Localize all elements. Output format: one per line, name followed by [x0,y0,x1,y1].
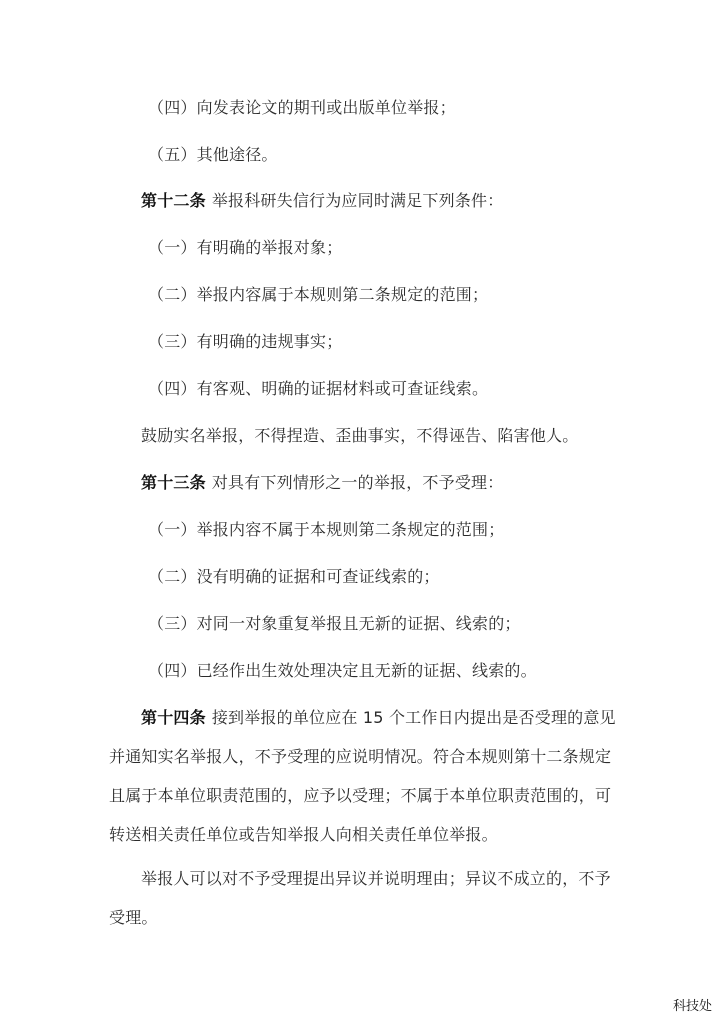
list-item: （四）已经作出生效处理决定且无新的证据、线索的。 [148,661,537,681]
article-14-heading: 第十四条接到举报的单位应在 15 个工作日内提出是否受理的意见 [141,708,616,728]
list-item: （三）有明确的违规事实； [148,332,342,352]
list-item: （三）对同一对象重复举报且无新的证据、线索的； [148,614,521,634]
list-item: （二）举报内容属于本规则第二条规定的范围； [148,285,488,305]
article-text: 接到举报的单位应在 15 个工作日内提出是否受理的意见 [212,708,616,727]
article-number: 第十三条 [141,473,206,492]
list-item: （四）向发表论文的期刊或出版单位举报； [148,98,456,118]
paragraph-line: 举报人可以对不予受理提出异议并说明理由；异议不成立的，不予 [141,869,611,889]
article-number: 第十二条 [141,191,206,210]
article-text: 对具有下列情形之一的举报，不予受理： [212,473,504,492]
footer-label: 科技处 [673,995,712,1014]
article-12-note: 鼓励实名举报，不得捏造、歪曲事实，不得诬告、陷害他人。 [141,426,578,446]
list-item: （五）其他途径。 [148,145,278,165]
list-item: （一）举报内容不属于本规则第二条规定的范围； [148,520,504,540]
list-item: （四）有客观、明确的证据材料或可查证线索。 [148,379,488,399]
list-item: （一）有明确的举报对象； [148,238,342,258]
paragraph-line: 并通知实名举报人，不予受理的应说明情况。符合本规则第十二条规定 [109,747,611,767]
article-number: 第十四条 [141,708,206,727]
paragraph-line: 转送相关责任单位或告知举报人向相关责任单位举报。 [109,825,498,845]
article-13-heading: 第十三条对具有下列情形之一的举报，不予受理： [141,473,503,493]
article-12-heading: 第十二条举报科研失信行为应同时满足下列条件： [141,191,503,211]
paragraph-line: 受理。 [109,908,158,928]
article-text: 举报科研失信行为应同时满足下列条件： [212,191,504,210]
paragraph-line: 且属于本单位职责范围的，应予以受理；不属于本单位职责范围的，可 [109,786,611,806]
list-item: （二）没有明确的证据和可查证线索的； [148,567,440,587]
